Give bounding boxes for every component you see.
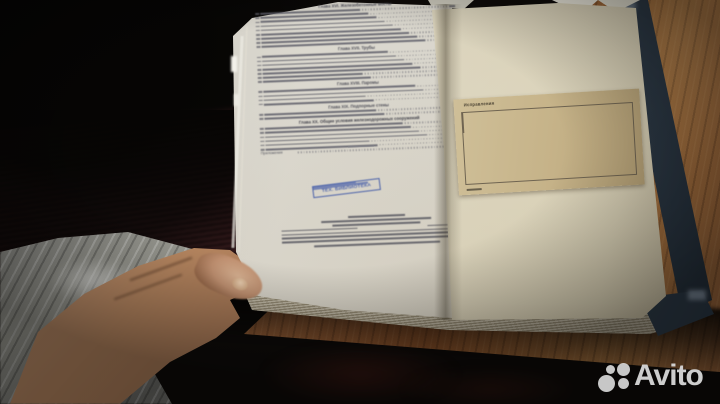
toc-item-number [261,149,265,151]
errata-title: Исправления [453,99,504,111]
toc-item-number [258,77,262,79]
toc-item-number [260,141,264,143]
toc-item-number [256,30,260,32]
toc-item-number [257,56,261,58]
toc-item-number [257,65,261,67]
ink-bar [463,119,465,126]
toc-item-number [258,81,262,83]
toc-item-number [257,61,261,63]
toc-item-number [260,145,264,147]
carpet-shadow-patch [400,368,580,404]
toc-item-number [256,38,260,40]
toc-item-number [256,26,260,28]
page-edge-highlight [231,56,237,72]
avito-logo-icon [618,378,629,389]
toc-item-number [260,132,264,134]
avito-logo-icon [606,365,615,374]
errata-table: СтраницаСтрокаНапечатаноСледует читать [461,102,637,185]
errata-slip-content: Исправления СтраницаСтрокаНапечатаноСлед… [453,89,644,196]
avito-logo-icon [598,375,615,392]
errata-slip: Исправления СтраницаСтрокаНапечатаноСлед… [453,89,644,196]
toc-item-number [259,104,263,106]
toc-item-number [256,34,260,36]
toc-item-number [259,114,263,116]
errata-col-printed [462,113,464,133]
toc-item-number [258,91,262,93]
toc-item-number [259,95,263,97]
toc-item-number [256,21,260,23]
toc-item-number [257,69,261,71]
toc-item-number [255,17,259,19]
toc-lines: Глава XVI. Железобетонные мостыГлава XVI… [255,0,461,164]
errata-footnote [467,188,482,191]
avito-watermark: Avito [598,362,718,404]
toc-item-number [255,13,259,15]
photo-open-book-listing: Глава XVI. Железобетонные мостыГлава XVI… [0,0,720,404]
ink-bar: Приложения [261,152,283,155]
ink-bar [463,127,464,131]
toc-item-number [256,42,260,44]
toc-item-number [260,128,264,130]
page-edge-highlight [234,94,239,106]
toc-item-number [259,118,263,120]
toc-item-number [259,100,263,102]
toc-item-number [257,46,261,48]
ink-bar [463,119,465,122]
cover-worn-spot [688,290,706,300]
avito-brand-text: Avito [634,358,703,394]
avito-logo-icon [617,363,630,376]
ink-bar [462,115,464,118]
toc-item-number [258,73,262,75]
toc-item-number [260,136,264,138]
errata-title-text: Исправления [464,102,495,108]
